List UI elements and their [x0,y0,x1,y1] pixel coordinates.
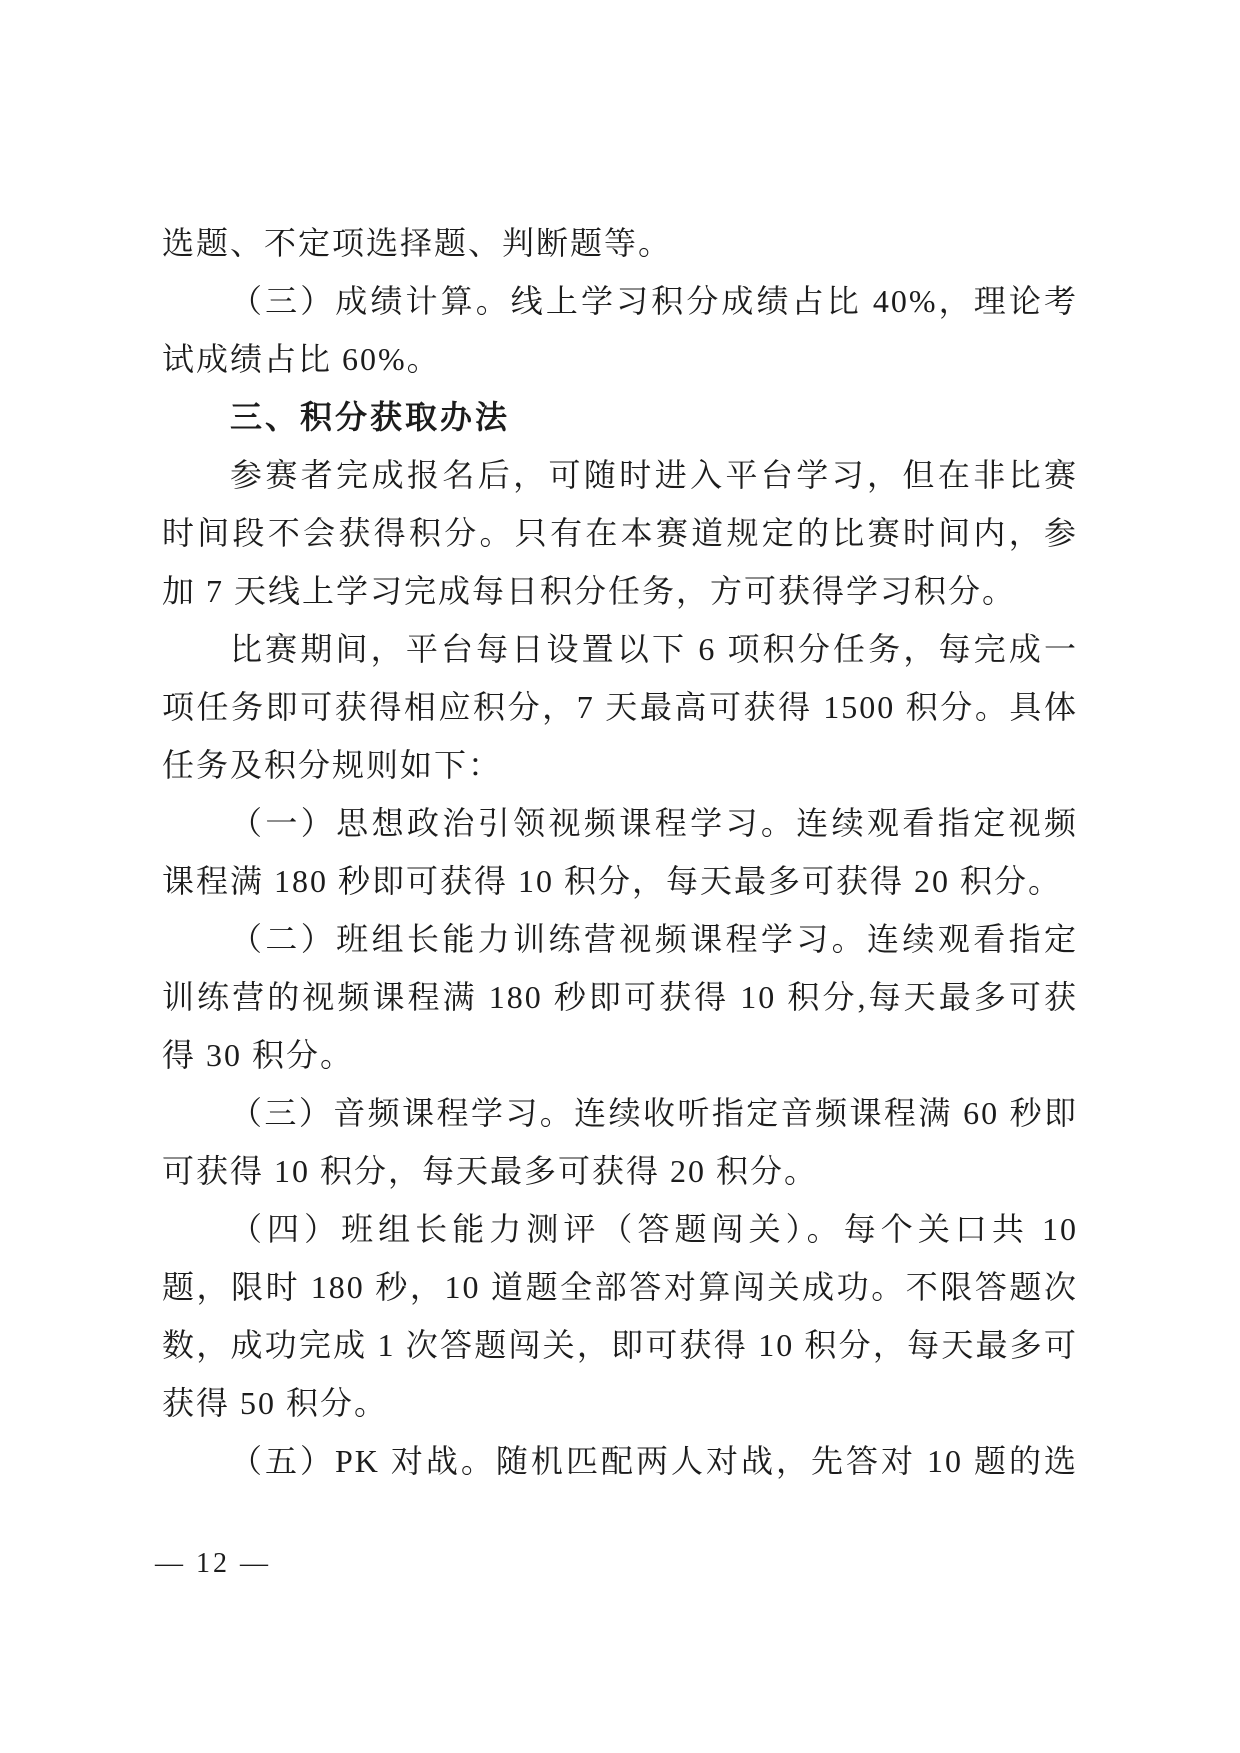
text-line: 加 7 天线上学习完成每日积分任务，方可获得学习积分。 [162,562,1078,620]
text-line: 时间段不会获得积分。只有在本赛道规定的比赛时间内，参 [162,504,1078,562]
text-line: 课程满 180 秒即可获得 10 积分，每天最多可获得 20 积分。 [162,852,1078,910]
document-body: 选题、不定项选择题、判断题等。（三）成绩计算。线上学习积分成绩占比 40%，理论… [162,214,1078,1490]
text-line: 参赛者完成报名后，可随时进入平台学习，但在非比赛 [162,446,1078,504]
text-line: 比赛期间，平台每日设置以下 6 项积分任务，每完成一 [162,620,1078,678]
text-line: 获得 50 积分。 [162,1374,1078,1432]
text-line: （四）班组长能力测评（答题闯关）。每个关口共 10 [162,1200,1078,1258]
text-line: （三）音频课程学习。连续收听指定音频课程满 60 秒即 [162,1084,1078,1142]
text-line: 试成绩占比 60%。 [162,330,1078,388]
text-line: 可获得 10 积分，每天最多可获得 20 积分。 [162,1142,1078,1200]
text-line: 任务及积分规则如下： [162,736,1078,794]
text-line: （五）PK 对战。随机匹配两人对战，先答对 10 题的选 [162,1432,1078,1490]
section-heading: 三、积分获取办法 [162,388,1078,446]
text-line: 得 30 积分。 [162,1026,1078,1084]
text-line: （一）思想政治引领视频课程学习。连续观看指定视频 [162,794,1078,852]
text-line: 训练营的视频课程满 180 秒即可获得 10 积分,每天最多可获 [162,968,1078,1026]
text-line: 题，限时 180 秒，10 道题全部答对算闯关成功。不限答题次 [162,1258,1078,1316]
page-number: — 12 — [155,1550,271,1578]
text-line: 数，成功完成 1 次答题闯关，即可获得 10 积分，每天最多可 [162,1316,1078,1374]
text-line: （二）班组长能力训练营视频课程学习。连续观看指定 [162,910,1078,968]
text-line: 选题、不定项选择题、判断题等。 [162,214,1078,272]
document-page: 选题、不定项选择题、判断题等。（三）成绩计算。线上学习积分成绩占比 40%，理论… [0,0,1240,1753]
text-line: （三）成绩计算。线上学习积分成绩占比 40%，理论考 [162,272,1078,330]
text-line: 项任务即可获得相应积分，7 天最高可获得 1500 积分。具体 [162,678,1078,736]
